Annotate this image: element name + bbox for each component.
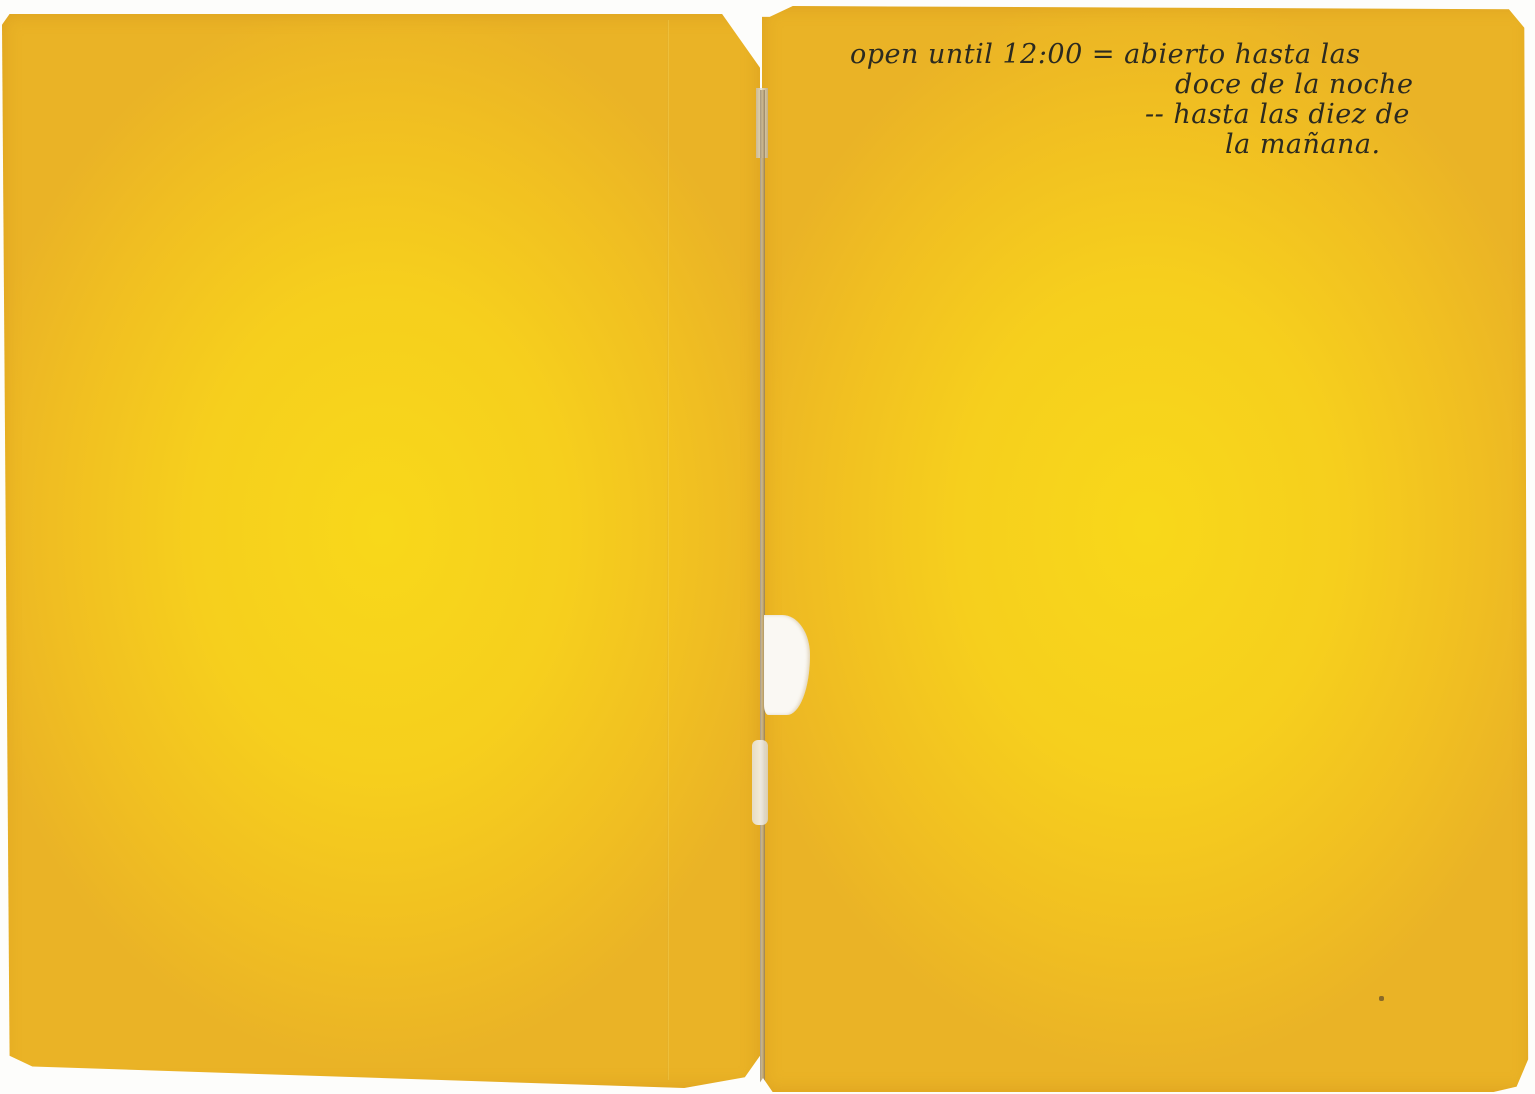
handwritten-line: -- hasta las diez de [1145,100,1510,130]
right-page [762,6,1532,1092]
handwritten-note: open until 12:00 = abierto hasta las doc… [850,40,1510,160]
scanned-document: open until 12:00 = abierto hasta las doc… [0,0,1535,1094]
page-crease [667,20,669,1080]
handwritten-line: doce de la noche [1175,70,1510,100]
left-page [2,14,760,1088]
spine-tear [752,740,768,825]
paper-speck [1379,996,1384,1001]
spine-binding [760,90,765,1090]
handwritten-line: la mañana. [1225,130,1510,160]
handwritten-line: open until 12:00 = abierto hasta las [850,40,1510,70]
